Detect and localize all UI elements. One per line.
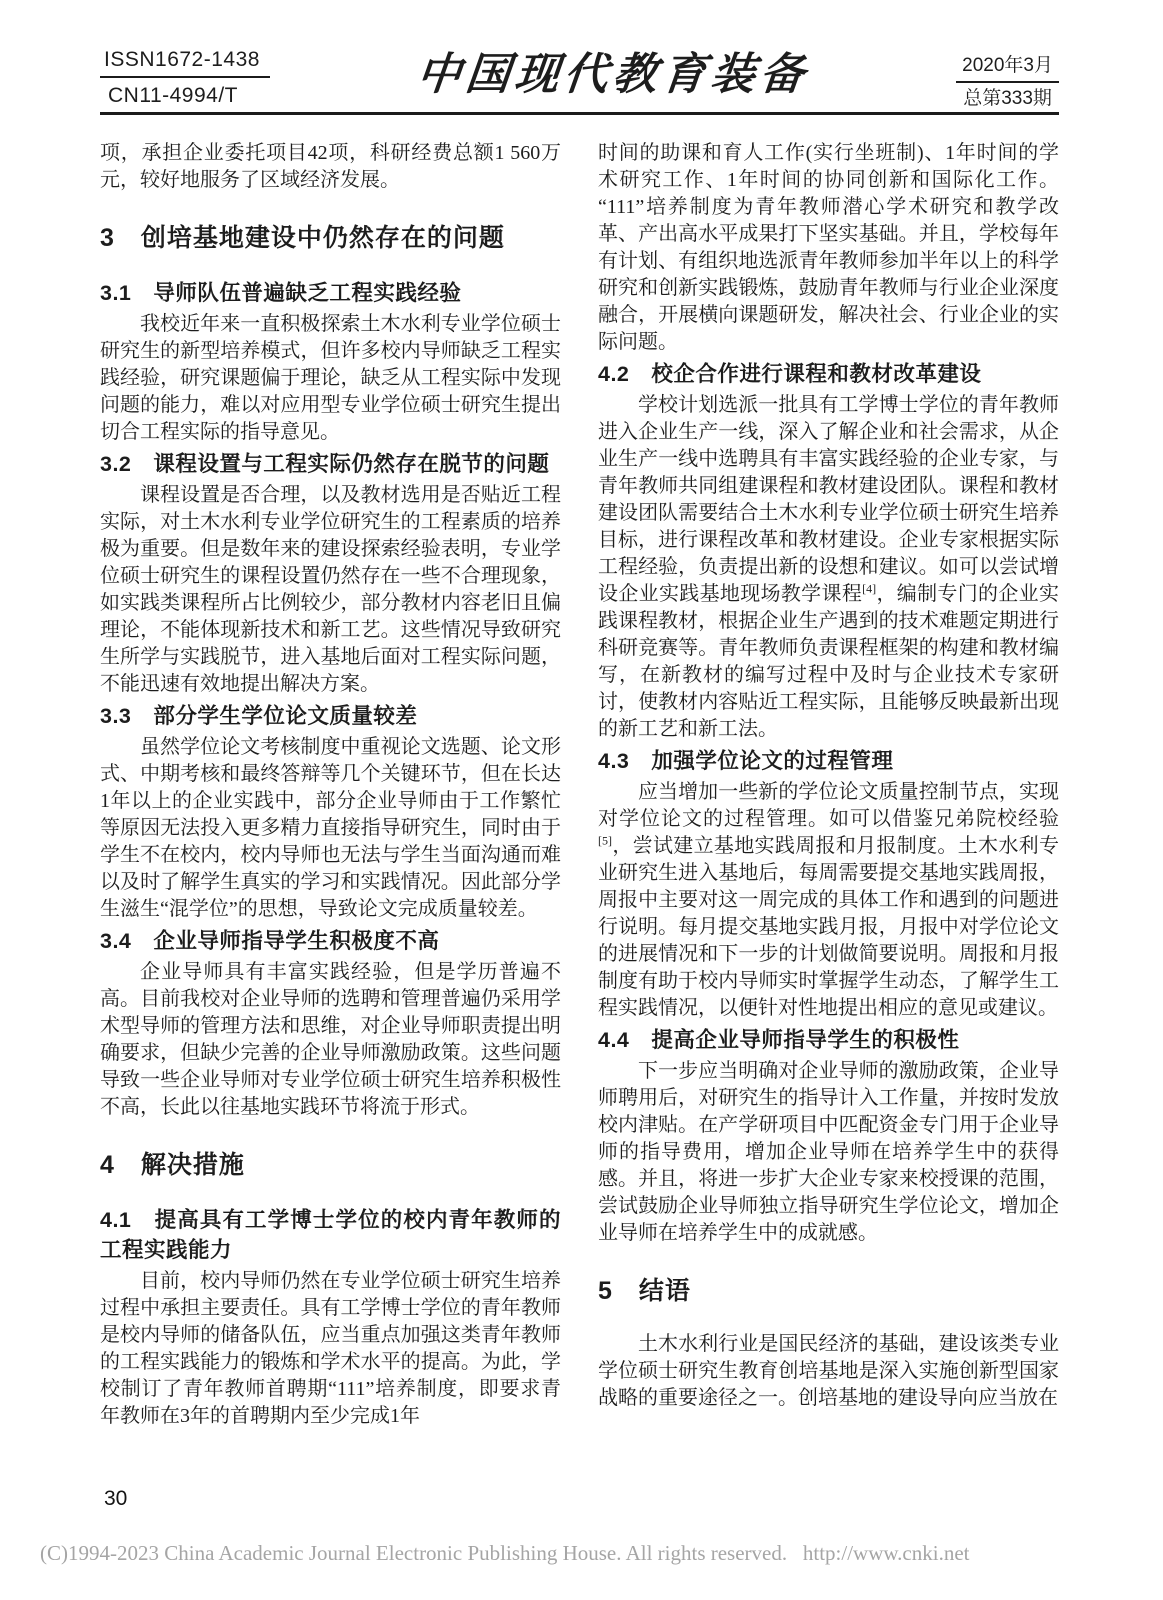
citation-marker-5: [5] [598,833,612,847]
right-column: 时间的助课和育人工作(实行坐班制)、1年时间的学术研究工作、1年时间的协同创新和… [598,140,1059,1485]
section-3-heading: 3 创培基地建设中仍然存在的问题 [100,223,561,253]
section-3-2-heading: 3.2 课程设置与工程实际仍然存在脱节的问题 [100,449,561,479]
section-4-2-heading: 4.2 校企合作进行课程和教材改革建设 [598,359,1059,389]
issn-block: ISSN1672-1438 CN11-4994/T [100,49,270,108]
section-4-3-paragraph: 应当增加一些新的学位论文质量控制节点，实现对学位论文的过程管理。如可以借鉴兄弟院… [598,779,1059,1022]
left-column: 项，承担企业委托项目42项，科研经费总额1 560万元，较好地服务了区域经济发展… [100,140,561,1485]
journal-title: 中国现代教育装备 [413,38,812,108]
section-3-1-heading: 3.1 导师队伍普遍缺乏工程实践经验 [100,278,561,308]
journal-page: ISSN1672-1438 CN11-4994/T 中国现代教育装备 2020年… [0,0,1163,1600]
paragraph-text: 应当增加一些新的学位论文质量控制节点，实现对学位论文的过程管理。如可以借鉴兄弟院… [598,781,1059,830]
section-4-3-heading: 4.3 加强学位论文的过程管理 [598,746,1059,776]
paragraph-text: ，编制专门的企业实践课程教材，根据企业生产遇到的技术难题定期进行科研竞赛等。青年… [598,583,1059,740]
section-4-4-paragraph: 下一步应当明确对企业导师的激励政策，企业导师聘用后，对研究生的指导计入工作量，并… [598,1058,1059,1247]
issue-block: 2020年3月 总第333期 [956,56,1059,108]
section-3-4-paragraph: 企业导师具有丰富实践经验，但是学历普遍不高。目前我校对企业导师的选聘和管理普遍仍… [100,959,561,1121]
masthead: ISSN1672-1438 CN11-4994/T 中国现代教育装备 2020年… [100,38,1059,115]
paragraph-text: ，尝试建立基地实践周报和月报制度。土木水利专业研究生进入基地后，每周需要提交基地… [598,835,1059,1019]
continuation-paragraph: 时间的助课和育人工作(实行坐班制)、1年时间的学术研究工作、1年时间的协同创新和… [598,140,1059,356]
section-4-1-paragraph: 目前，校内导师仍然在专业学位硕士研究生培养过程中承担主要责任。具有工学博士学位的… [100,1268,561,1430]
page-number: 30 [104,1487,127,1511]
issue-date: 2020年3月 [956,56,1059,83]
continuation-paragraph: 项，承担企业委托项目42项，科研经费总额1 560万元，较好地服务了区域经济发展… [100,140,561,194]
section-3-4-heading: 3.4 企业导师指导学生积极度不高 [100,926,561,956]
article-body: 项，承担企业委托项目42项，科研经费总额1 560万元，较好地服务了区域经济发展… [100,140,1060,1485]
copyright-notice: (C)1994-2023 China Academic Journal Elec… [40,1541,969,1566]
section-3-2-paragraph: 课程设置是否合理，以及教材选用是否贴近工程实际，对土木水利专业学位研究生的工程素… [100,482,561,698]
paragraph-text: 学校计划选派一批具有工学博士学位的青年教师进入企业生产一线，深入了解企业和社会需… [598,394,1059,605]
citation-marker-4: [4] [862,581,876,595]
section-3-3-heading: 3.3 部分学生学位论文质量较差 [100,701,561,731]
section-5-heading: 5 结语 [598,1276,1059,1306]
issue-number: 总第333期 [956,83,1059,115]
section-4-heading: 4 解决措施 [100,1150,561,1180]
issn-number: ISSN1672-1438 [100,49,270,78]
section-5-paragraph: 土木水利行业是国民经济的基础，建设该类专业学位硕士研究生教育创培基地是深入实施创… [598,1331,1059,1412]
section-4-4-heading: 4.4 提高企业导师指导学生的积极性 [598,1025,1059,1055]
section-3-1-paragraph: 我校近年来一直积极探索土木水利专业学位硕士研究生的新型培养模式，但许多校内导师缺… [100,311,561,446]
section-3-3-paragraph: 虽然学位论文考核制度中重视论文选题、论文形式、中期考核和最终答辩等几个关键环节，… [100,734,561,923]
section-4-2-paragraph: 学校计划选派一批具有工学博士学位的青年教师进入企业生产一线，深入了解企业和社会需… [598,392,1059,743]
cn-number: CN11-4994/T [100,78,270,108]
section-4-1-heading: 4.1 提高具有工学博士学位的校内青年教师的工程实践能力 [100,1205,561,1265]
